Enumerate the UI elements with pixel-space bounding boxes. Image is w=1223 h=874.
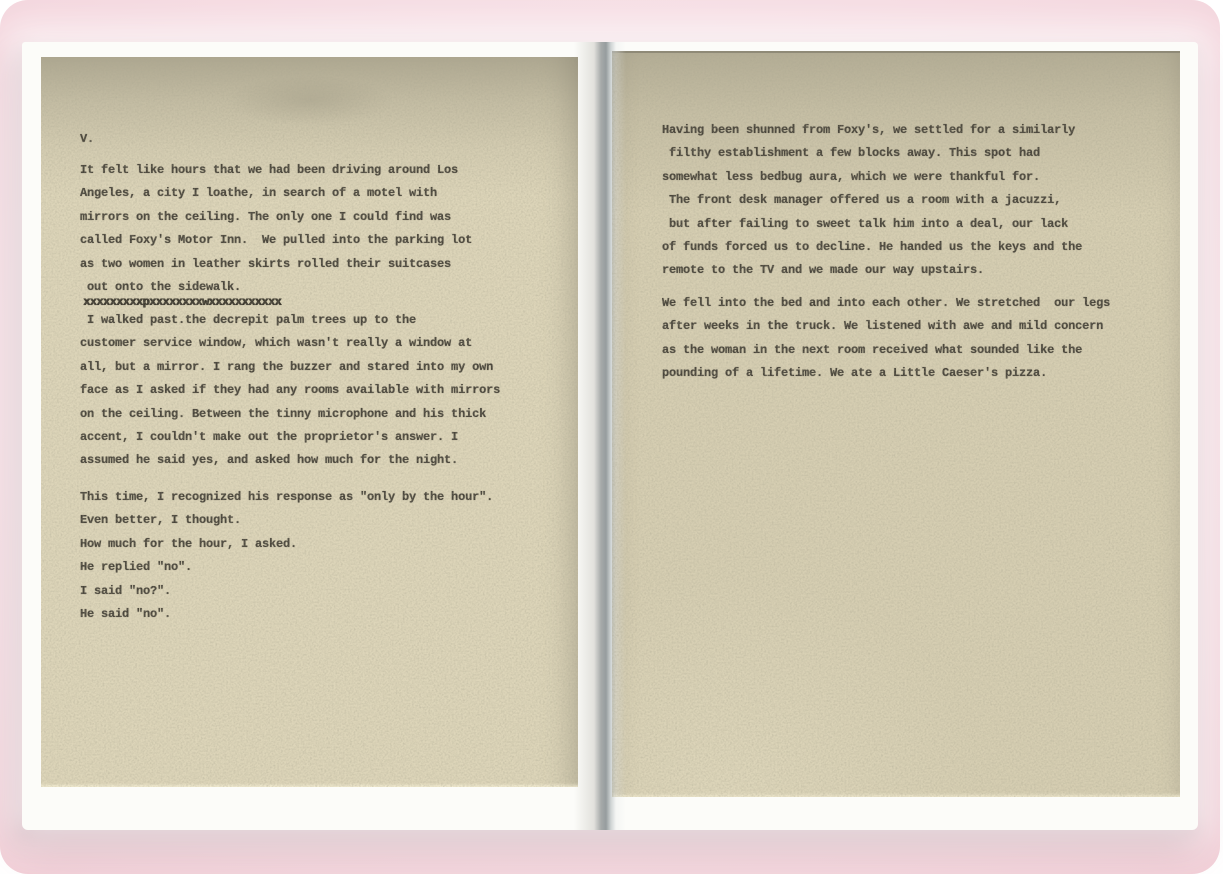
strikeout-line-block: xxxxxxxxxpxxxxxxxxwxxxxxxxxxxx <box>83 296 281 309</box>
typewritten-line: assumed he said yes, and asked how much … <box>80 449 500 472</box>
typewritten-line: Angeles, a city I loathe, in search of a… <box>80 182 472 205</box>
typewritten-line: He said "no". <box>80 603 493 626</box>
paragraph-service-window: I walked past.the decrepit palm trees up… <box>80 309 500 473</box>
typewritten-line: This time, I recognized his response as … <box>80 486 493 509</box>
typewritten-line: as two women in leather skirts rolled th… <box>80 253 472 276</box>
section-number: V. <box>80 128 94 151</box>
typewritten-line: V. <box>80 128 94 151</box>
right-page: Having been shunned from Foxy's, we sett… <box>612 51 1180 797</box>
paragraph-upstairs: We fell into the bed and into each other… <box>662 292 1110 386</box>
scanned-photo-background: V. It felt like hours that we had been d… <box>0 0 1220 874</box>
typewritten-line: I said "no?". <box>80 580 493 603</box>
typewritten-line: somewhat less bedbug aura, which we were… <box>662 166 1082 189</box>
typewritten-line: He replied "no". <box>80 556 493 579</box>
typewritten-line: It felt like hours that we had been driv… <box>80 159 472 182</box>
typewritten-line: on the ceiling. Between the tinny microp… <box>80 403 500 426</box>
typewritten-line: We fell into the bed and into each other… <box>662 292 1110 315</box>
typed-over-strikeout: xxxxxxxxxpxxxxxxxxwxxxxxxxxxxx <box>83 296 281 309</box>
typewritten-line: face as I asked if they had any rooms av… <box>80 379 500 402</box>
left-page: V. It felt like hours that we had been d… <box>41 57 578 787</box>
typewritten-line: filthy establishment a few blocks away. … <box>662 142 1082 165</box>
paragraph-motel-search: It felt like hours that we had been driv… <box>80 159 472 299</box>
typewritten-line: Having been shunned from Foxy's, we sett… <box>662 119 1082 142</box>
typewritten-line: called Foxy's Motor Inn. We pulled into … <box>80 229 472 252</box>
typewritten-line: of funds forced us to decline. He handed… <box>662 236 1082 259</box>
typewritten-line: accent, I couldn't make out the propriet… <box>80 426 500 449</box>
typewritten-line: as the woman in the next room received w… <box>662 339 1110 362</box>
typewritten-line: How much for the hour, I asked. <box>80 533 493 556</box>
typewritten-line: customer service window, which wasn't re… <box>80 332 500 355</box>
paragraph-second-motel: Having been shunned from Foxy's, we sett… <box>662 119 1082 283</box>
typewritten-line: remote to the TV and we made our way ups… <box>662 259 1082 282</box>
typewritten-line: after weeks in the truck. We listened wi… <box>662 315 1110 338</box>
typewritten-line: mirrors on the ceiling. The only one I c… <box>80 206 472 229</box>
typewritten-line: but after failing to sweet talk him into… <box>662 213 1082 236</box>
typewritten-line: all, but a mirror. I rang the buzzer and… <box>80 356 500 379</box>
open-zine-book: V. It felt like hours that we had been d… <box>22 42 1198 830</box>
paragraph-hour-dialogue: This time, I recognized his response as … <box>80 486 493 626</box>
typewritten-line: Even better, I thought. <box>80 509 493 532</box>
typewritten-line: I walked past.the decrepit palm trees up… <box>80 309 500 332</box>
typewritten-line: pounding of a lifetime. We ate a Little … <box>662 362 1110 385</box>
typewritten-line: The front desk manager offered us a room… <box>662 189 1082 212</box>
